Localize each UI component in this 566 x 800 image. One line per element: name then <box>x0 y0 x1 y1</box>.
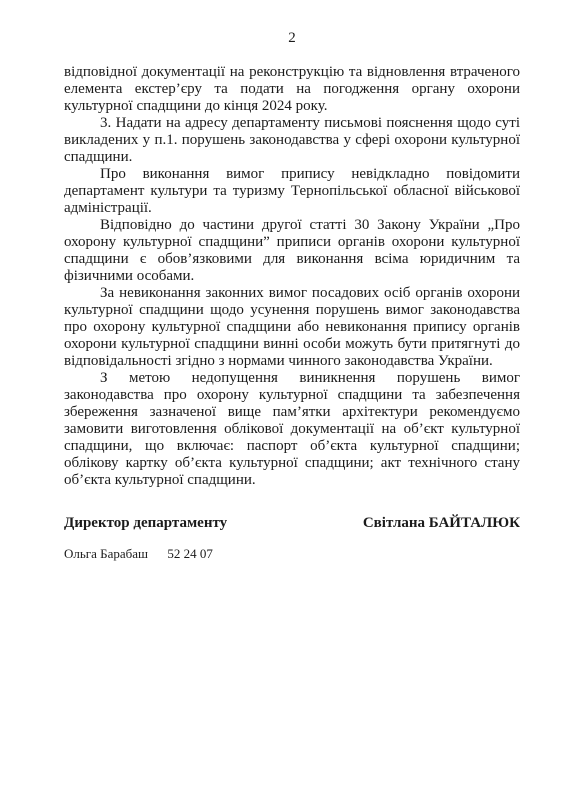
signer-title: Директор департаменту <box>64 515 227 532</box>
executor-name: Ольга Барабаш <box>64 546 148 561</box>
paragraph-notify: Про виконання вимог припису невідкладно … <box>64 166 520 217</box>
paragraph-liability: За невиконання законних вимог посадових … <box>64 285 520 370</box>
page-number: 2 <box>64 30 520 47</box>
signer-name: Світлана БАЙТАЛЮК <box>363 515 520 532</box>
paragraph-continuation: відповідної документації на реконструкці… <box>64 64 520 115</box>
document-body: відповідної документації на реконструкці… <box>64 64 520 489</box>
executor-line: Ольга Барабаш 52 24 07 <box>64 545 520 562</box>
paragraph-recommendation: З метою недопущення виникнення порушень … <box>64 370 520 489</box>
document-page: 2 відповідної документації на реконструк… <box>0 0 566 800</box>
signature-block: Директор департаменту Світлана БАЙТАЛЮК <box>64 515 520 532</box>
paragraph-law-reference: Відповідно до частини другої статті 30 З… <box>64 217 520 285</box>
executor-phone: 52 24 07 <box>167 546 213 561</box>
paragraph-item-3: 3. Надати на адресу департаменту письмов… <box>64 115 520 166</box>
